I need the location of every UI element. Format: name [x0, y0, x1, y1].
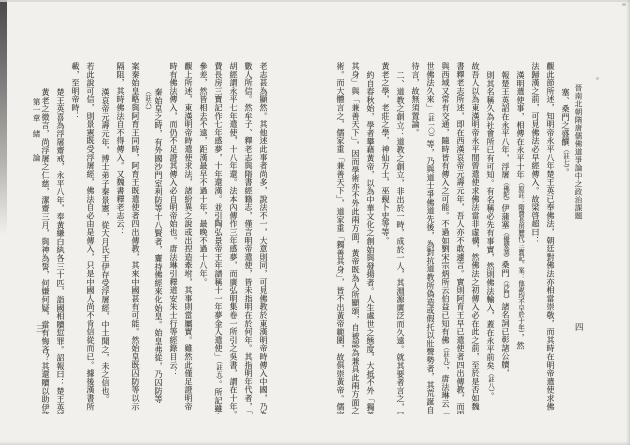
column-text: 與西域又常有交通，隨時皆有傳入之可能。不過如劉宋宗炳所云伯益已知有佛: [441, 62, 450, 344]
scan-speck: [622, 3, 626, 6]
column-text: 書釋老志所述，即在西漢哀帝元壽元年，吾人亦不敢遽言。實則阿育王早已遣使者四出傳教…: [456, 62, 465, 414]
column-text: 法歸漢之前，可見佛法必早經傳入。故梁啓超曰：: [531, 62, 540, 245]
column-text: 待言，故無須置論。: [411, 62, 420, 137]
text-column: 秦始皇之時，有外國沙門室利防等十八賢者，齎持佛經來化始皇。始皇弗從，乃囚防等: [151, 62, 166, 414]
column-text: 二、道教之創立：道教之創立，非出於一時，成於一人，其淵源廣泛而久遠。就其要者言之…: [396, 71, 405, 415]
note-marker: （佛陀）: [502, 178, 509, 203]
scan-edge-top: [0, 0, 630, 2]
text-column: 二、道教之創立：道教之創立，非出於一時，成於一人，其淵源廣泛而久遠。就其要者言之…: [393, 62, 408, 414]
text-column: 費長房三寶記作七年感夢，十年還漢。並引陶弘景帝王年譜稱十一年夢金人遣使」（註五）…: [211, 62, 226, 414]
note-marker: （優婆塞）: [502, 229, 509, 261]
book-scan: 第一章 緒 論 三 老志甚為顯然。其他述此事者尚多，說法不一，大意則同，可見佛教…: [0, 0, 630, 445]
note-marker: （註六）: [144, 88, 151, 113]
text-column: 塞、桑門之盛饌（註七）。: [558, 62, 573, 414]
column-text: 則其名稱久為社會所已有可知。有名稱必先有事實，然則佛法輸入，蓋在永平前矣: [486, 71, 495, 370]
text-column: 故吾人以為東漢明帝永平間曾遣使求佛法當非虛構，然佛法之初傳入必在此之前，至於是否…: [468, 62, 483, 414]
text-column: 老志甚為顯然。其他述此事者尚多，說法不一，大意則同，可見佛教於東漢明帝時傳入中國…: [256, 62, 271, 414]
text-column: 術。而大體言之，儒家重「兼善天下」，道家重「獨善其身」，皆不出黃帝範圍，故俱崇黃…: [333, 62, 348, 414]
column-text: 約自春秋始，學者攀藉黃帝，以為中華文化之創始與發揚者。人生處世之態度，大抵不外「…: [366, 71, 375, 415]
column-text: 塞、桑門之盛饌: [561, 88, 570, 146]
text-column: 楚王英喜為浮屠齋戒，永平八年，奉黃縑白紈各三十匹，詣國相贖愆罪。詔報曰：楚王英誦: [53, 62, 68, 414]
column-text: ，唐法琳云「周: [441, 366, 450, 414]
column-text: 胡經謂永平七年遣使，十八年還。法本內傳作三年感夢，而廣弘明集卷一所引之吳書，謂在…: [229, 62, 238, 414]
column-text: 案秦始皇略與阿育王同時，阿育王既遣使者四出傳教，其來中國甚有可能。然始皇既囚防等…: [131, 62, 140, 411]
column-text: 老志甚為顯然。其他述此事者尚多，說法不一，大意則同，可見佛教於東漢明帝時傳入中國…: [259, 62, 268, 414]
text-column: 數人所信。然牟子、釋老志與隋書經籍志，僅言明帝遣使，皆未指明在於何年。其指明年代…: [241, 62, 256, 414]
column-text: 黃老之學，老莊之學，神仙方士，巫覡卜史等等。: [381, 62, 390, 245]
left-page-text: 老志甚為顯然。其他述此事者尚多，說法不一，大意則同，可見佛教於東漢明帝時傳入中國…: [38, 62, 271, 414]
text-column: 則其名稱久為社會所已有可知。有名稱必先有事實，然則佛法輸入，蓋在永平前矣（註八）…: [483, 62, 498, 414]
text-column: 其身」與「兼善天下」，因而學術亦不外此兩方面，黃帝既為人所顯頌，自被認為兼具此兩…: [348, 62, 363, 414]
column-text: 若此說可信，則景憲既受浮屠經，佛法自必由是傳入，只是中國人尚不肯信從而已。據後漢…: [86, 62, 95, 411]
scan-edge-left: [0, 0, 7, 235]
note-marker: （沙門）: [502, 277, 509, 302]
column-text: 。: [486, 391, 495, 399]
text-column: 書釋老志所述，即在西漢哀帝元壽元年，吾人亦不敢遽言。實則阿育王早已遣使者四出傳教…: [453, 62, 468, 414]
text-column: （註六）: [143, 62, 151, 414]
text-column: 黃老之微言，尚浮屠之仁慈，潔齋三月，與神為誓，何嫌何疑，當有悔吝？其還贖以助伊蒲: [38, 62, 53, 414]
column-text: 參差，然皆相去不遠，距漢最早不過十年，最晚不過十八年。: [199, 62, 208, 286]
text-column: 載，至明帝時：: [68, 62, 83, 414]
column-text: 報楚王英詔在永平八年，浮屠: [501, 71, 510, 179]
book-title-margin-label: 晉南北朝隋唐儒佛道爭論中之政治課題: [573, 84, 584, 220]
note-marker: （註五）: [215, 361, 222, 380]
text-column: 時有佛法傳入，而仍不足證其傳入必自明帝始也。唐法琳引釋道安朱士行等經錄目云：: [166, 62, 181, 414]
column-text: 漢明遣使事，相傳在永平十年: [516, 71, 525, 179]
note-marker: （註八）: [487, 369, 494, 391]
note-marker: （註九）: [442, 344, 449, 366]
right-page-number: 四: [575, 321, 584, 333]
column-text: 伊蒲塞: [501, 204, 510, 229]
column-text: 諸名詞已彰諸公牘，: [501, 302, 510, 377]
note-marker: （註七）: [562, 146, 569, 168]
note-marker: （原註：隋費長房歷代三寶記。案：他說均不早於十年）: [517, 178, 524, 332]
note-marker: （註一〇）: [427, 112, 434, 140]
text-column: 約自春秋始，學者攀藉黃帝，以為中華文化之創始與發揚者。人生處世之態度，大抵不外「…: [363, 62, 378, 414]
column-text: 費長房三寶記作七年感夢，十年還漢。並引陶弘景帝王年譜稱十一年夢金人遣使」: [214, 62, 223, 361]
text-column: 胡經謂永平七年遣使，十八年還。法本內傳作三年感夢，而廣弘明集卷一所引之吳書，謂在…: [226, 62, 241, 414]
text-column: 與西域又常有交通，隨時皆有傳入之可能。不過如劉宋宗炳所云伯益已知有佛（註九），唐…: [438, 62, 453, 414]
column-text: 數人所信。然牟子、釋老志與隋書經籍志，僅言明帝遣使，皆未指明在於何年。其指明年代…: [244, 62, 253, 414]
column-text: 載，至明帝時：: [71, 62, 80, 120]
column-text: 。: [561, 168, 570, 176]
text-column: 案秦始皇略與阿育王同時，阿育王既遣使者四出傳教，其來中國甚有可能。然始皇既囚防等…: [128, 62, 143, 414]
column-text: 黃老之微言，尚浮屠之仁慈，潔齋三月，與神為誓，何嫌何疑，當有悔吝？其還贖以助伊蒲: [41, 88, 50, 415]
text-column: 若此說可信，則景憲既受浮屠經，佛法自必由是傳入，只是中國人尚不肯信從而已。據後漢…: [83, 62, 98, 414]
column-text: 時有佛法傳入，而仍不足證其傳入必自明帝始也。唐法琳引釋道安朱士行等經錄目云：: [169, 62, 178, 377]
text-column: 待言，故無須置論。: [408, 62, 423, 414]
column-text: 漢哀帝元壽元年，博士弟子秦景憲，從大月氏王伊存受浮屠經，中土聞之，未之信也。: [101, 88, 110, 403]
text-column: 參差，然皆相去不遠，距漢最早不過十年，最晚不過十八年。: [196, 62, 211, 414]
scan-edge-bottom: [0, 441, 630, 445]
text-column: 觀此節所述，知明帝永平八年楚王英已奉佛法，朝廷對佛法亦相當崇敬，而其時在明帝遣使…: [543, 62, 558, 414]
text-column: 觀上所述，東漢明帝時遣使求法，諸紛異之說或出揑造牽坿，其事則當屬實。雖然此僅足證…: [181, 62, 196, 414]
text-column: 法歸漢之前，可見佛法必早經傳入。故梁啓超曰：: [528, 62, 543, 414]
column-text: ，然: [516, 333, 525, 350]
column-text: 隔阻，其時佛法自不得傳入。又魏書釋老志云：: [116, 62, 125, 236]
column-text: 故吾人以為東漢明帝永平間曾遣使求佛法當非虛構，然佛法之初傳入必在此之前，至於是否…: [471, 62, 480, 411]
column-text: 其身」與「兼善天下」，因而學術亦不外此兩方面，黃帝既為人所顯頌，自被認為兼具此兩…: [351, 62, 360, 414]
column-text: 觀上所述，東漢明帝時遣使求法，諸紛異之說或出揑造牽坿，其事則當屬實。雖然此僅足證…: [184, 62, 193, 411]
text-column: 漢哀帝元壽元年，博士弟子秦景憲，從大月氏王伊存受浮屠經，中土聞之，未之信也。: [98, 62, 113, 414]
column-text: 。所記雖有: [214, 380, 223, 414]
text-column: 黃老之學，老莊之學，神仙方士，巫覡卜史等等。: [378, 62, 393, 414]
right-page-text: 塞、桑門之盛饌（註七）。觀此節所述，知明帝永平八年楚王英已奉佛法，朝廷對佛法亦相…: [333, 62, 573, 414]
column-text: 術。而大體言之，儒家重「兼善天下」，道家重「獨善其身」，皆不出黃帝範圍，故俱崇黃…: [336, 62, 345, 414]
column-text: 楚王英喜為浮屠齋戒，永平八年，奉黃縑白紈各三十匹，詣國相贖愆罪。詔報曰：楚王英誦: [56, 88, 65, 415]
scan-speck: [596, 77, 599, 80]
column-text: 秦始皇之時，有外國沙門室利防等十八賢者，齎持佛經來化始皇。始皇弗從，乃囚防等: [154, 88, 163, 403]
scan-edge-right: [626, 0, 630, 445]
column-text: 桑門: [501, 260, 510, 277]
column-text: 觀此節所述，知明帝永平八年楚王英已奉佛法，朝廷對佛法亦相當崇敬，而其時在明帝遣使…: [546, 62, 555, 411]
column-text: 世佛法久來」: [426, 62, 435, 112]
text-column: 漢明遣使事，相傳在永平十年（原註：隋費長房歷代三寶記。案：他說均不早於十年），然: [513, 62, 528, 414]
column-text: 等，乃與道士爭佛道先後，為對抗道教所偽造或假托以壯聲勢者，其荒誕自不: [426, 140, 435, 414]
text-column: 報楚王英詔在永平八年，浮屠（佛陀）伊蒲塞（優婆塞）桑門（沙門）諸名詞已彰諸公牘，: [498, 62, 513, 414]
text-column: 隔阻，其時佛法自不得傳入。又魏書釋老志云：: [113, 62, 128, 414]
text-column: 世佛法久來」（註一〇）等，乃與道士爭佛道先後，為對抗道教所偽造或假托以壯聲勢者，…: [423, 62, 438, 414]
